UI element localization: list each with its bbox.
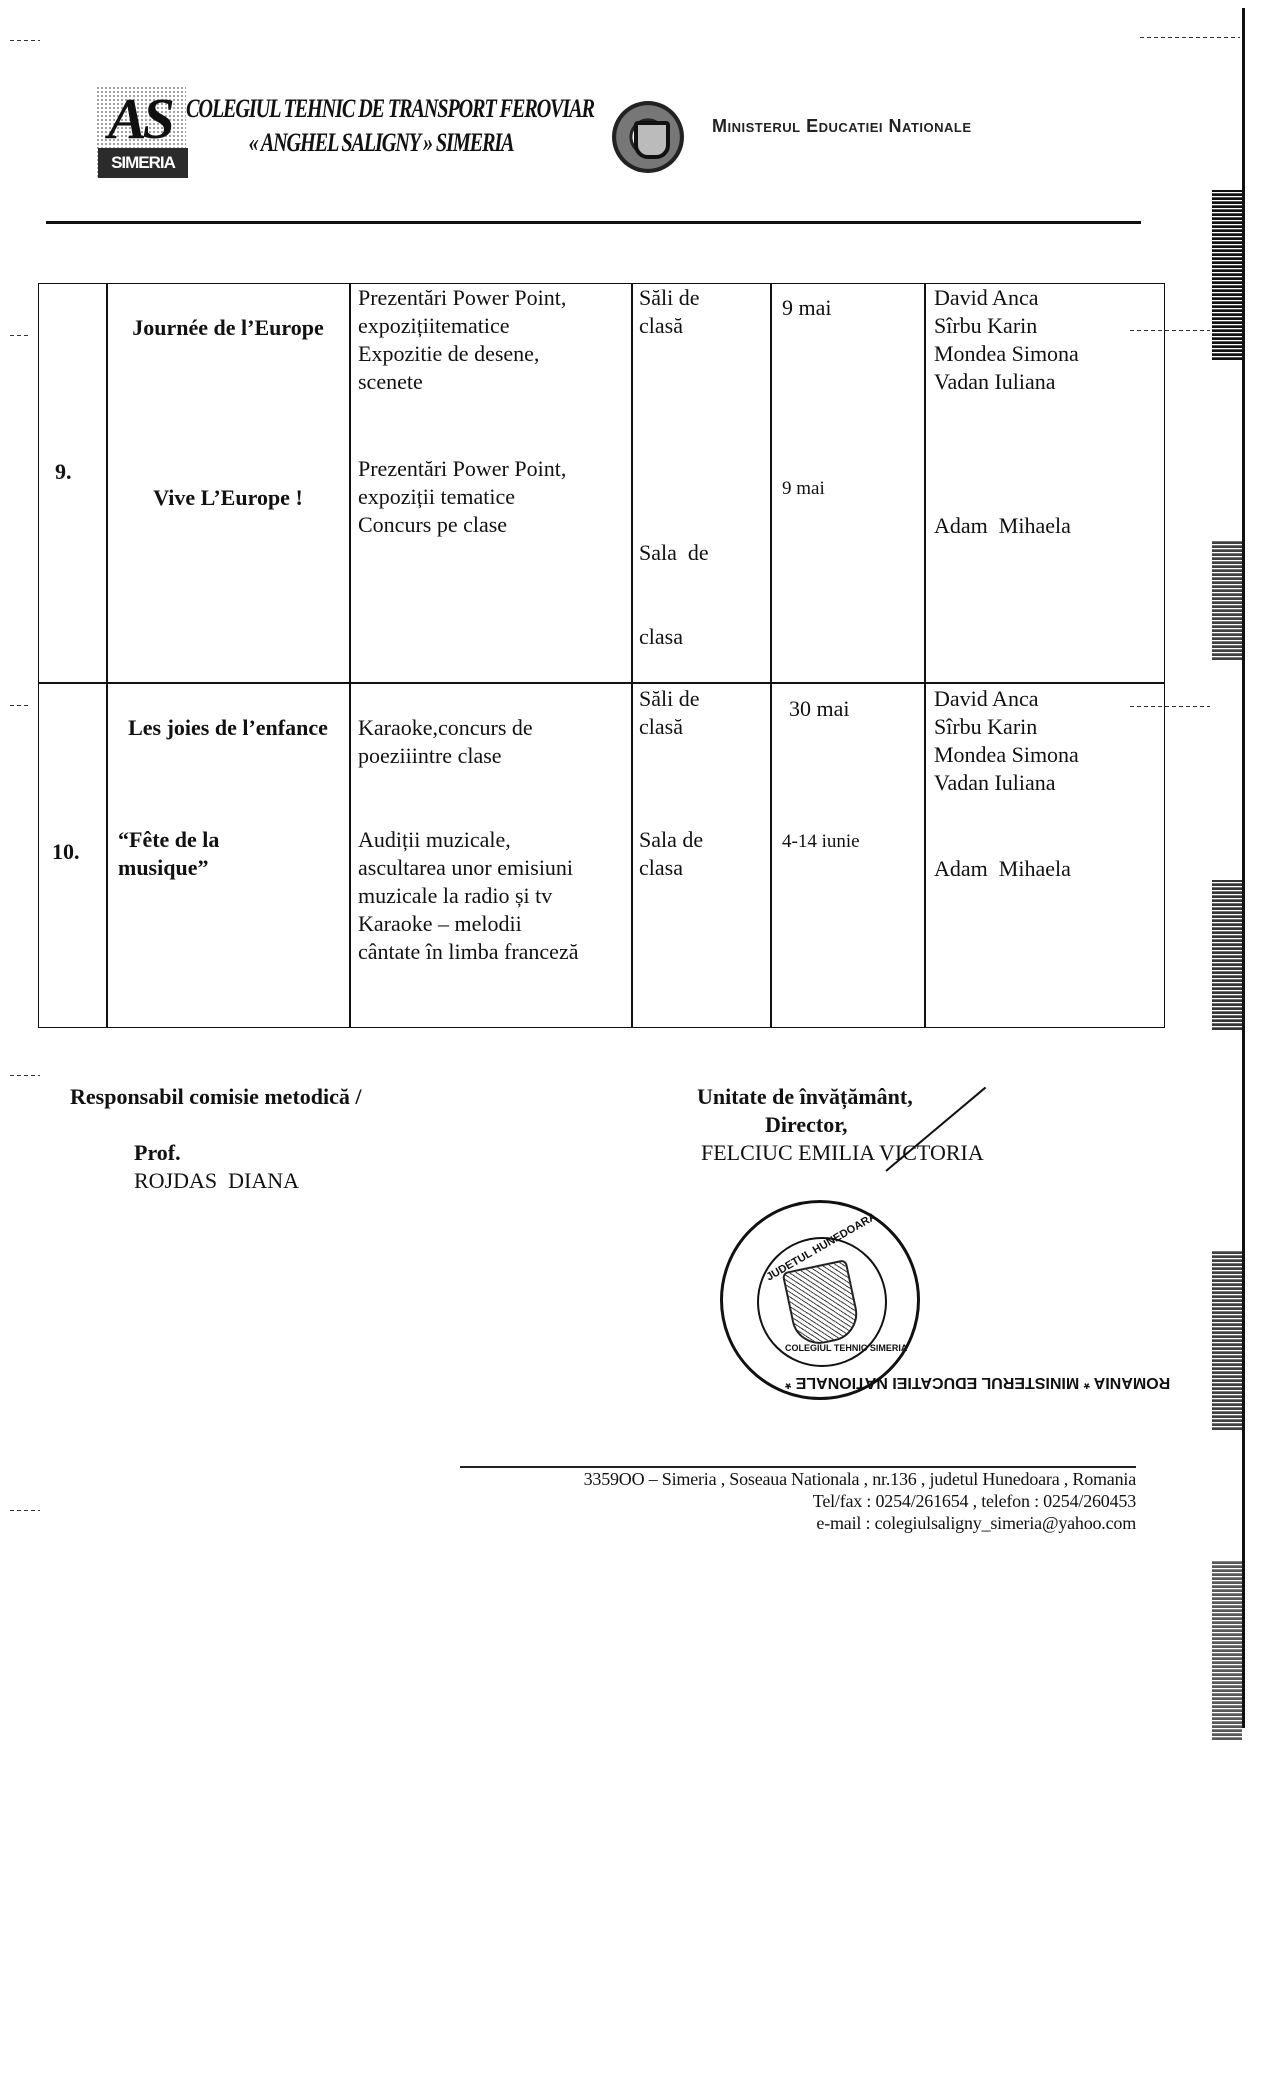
activity-line: muzicale la radio și tv xyxy=(358,882,628,910)
activity-title: Vive L’Europe ! xyxy=(108,484,348,512)
college-name-line1: COLEGIUL TEHNIC DE TRANSPORT FEROVIAR xyxy=(186,94,594,123)
scan-noise xyxy=(1212,190,1242,360)
responsible-person: Vadan Iuliana xyxy=(934,368,1079,396)
scan-noise xyxy=(1212,1560,1242,1740)
column-divider xyxy=(631,284,633,1027)
column-divider xyxy=(349,284,351,1027)
responsible-person: Mondea Simona xyxy=(934,340,1079,368)
responsible-person: Sîrbu Karin xyxy=(934,713,1079,741)
activity-line: Expozitie de desene, xyxy=(358,340,628,368)
activity-location: Sala de clasa xyxy=(639,483,709,707)
scan-noise xyxy=(1140,37,1240,38)
activity-line: scenete xyxy=(358,368,628,396)
activity-line: Prezentări Power Point, xyxy=(358,455,628,483)
activity-description: Audiții muzicale, ascultarea unor emisiu… xyxy=(358,826,628,966)
responsible-person: David Anca xyxy=(934,685,1079,713)
stamp-center-text: COLEGIUL TEHNIC SIMERIA xyxy=(785,1343,907,1353)
activity-description: Prezentări Power Point, expozițiitematic… xyxy=(358,284,628,396)
activity-date: 9 mai xyxy=(782,294,832,322)
responsible-person: Mondea Simona xyxy=(934,741,1079,769)
responsible-person: David Anca xyxy=(934,284,1079,312)
responsible-person: Vadan Iuliana xyxy=(934,769,1079,797)
activity-line: Prezentări Power Point, xyxy=(358,284,628,312)
row-number: 10. xyxy=(52,838,80,866)
activity-title: Les joies de l’enfance xyxy=(108,714,348,742)
ministry-name: Ministerul Educatiei Nationale xyxy=(712,116,972,137)
official-stamp: ROMANIA * MINISTERUL EDUCATIEI NATIONALE… xyxy=(720,1200,920,1400)
college-logo-city: SIMERIA xyxy=(98,148,188,178)
footer-phone: Tel/fax : 0254/261654 , telefon : 0254/2… xyxy=(584,1490,1136,1512)
location-line: Sala de xyxy=(639,539,709,567)
activity-line: expoziții tematice xyxy=(358,483,628,511)
scan-noise xyxy=(1212,1250,1242,1430)
scan-noise xyxy=(10,40,40,41)
activity-line: poeziiintre clase xyxy=(358,742,628,770)
activity-date: 9 mai xyxy=(782,475,825,503)
responsible-person: Sîrbu Karin xyxy=(934,312,1079,340)
activity-responsible: David Anca Sîrbu Karin Mondea Simona Vad… xyxy=(934,685,1079,797)
director-name: FELCIUC EMILIA VICTORIA xyxy=(697,1139,984,1167)
location-line: Săli de xyxy=(639,685,700,713)
activity-location: Sala de clasa xyxy=(639,826,703,882)
footer-address: 3359OO – Simeria , Soseaua Nationala , n… xyxy=(584,1468,1136,1490)
coat-of-arms-icon xyxy=(782,1259,863,1349)
activity-line: Concurs pe clase xyxy=(358,511,628,539)
activity-line: Karaoke,concurs de xyxy=(358,714,628,742)
row-divider xyxy=(39,682,1164,684)
activity-responsible: David Anca Sîrbu Karin Mondea Simona Vad… xyxy=(934,284,1079,396)
location-line: Săli de xyxy=(639,284,700,312)
scan-noise xyxy=(10,1510,40,1511)
scan-noise xyxy=(1212,540,1242,660)
scan-noise xyxy=(1212,880,1242,1030)
location-line: Sala de xyxy=(639,826,703,854)
activity-date: 4-14 iunie xyxy=(782,828,860,856)
footer-contact: 3359OO – Simeria , Soseaua Nationala , n… xyxy=(584,1468,1136,1534)
column-divider xyxy=(924,284,926,1027)
activity-line: Karaoke – melodii xyxy=(358,910,628,938)
activity-location: Săli de clasă xyxy=(639,284,700,340)
location-line: clasa xyxy=(639,854,703,882)
footer-email: e-mail : colegiulsaligny_simeria@yahoo.c… xyxy=(584,1512,1136,1534)
ministry-seal-icon xyxy=(612,101,684,173)
activity-responsible: Adam Mihaela xyxy=(934,855,1071,883)
activity-line: Audiții muzicale, xyxy=(358,826,628,854)
signatory-prefix: Prof. xyxy=(134,1140,181,1165)
column-divider xyxy=(106,284,108,1027)
scan-noise xyxy=(1130,330,1210,331)
college-name: COLEGIUL TEHNIC DE TRANSPORT FEROVIAR « … xyxy=(186,92,514,160)
activity-line: ascultarea unor emisiuni xyxy=(358,854,628,882)
methodical-commission-signature: Responsabil comisie metodică / Prof. ROJ… xyxy=(70,1083,362,1223)
activity-title: Journée de l’Europe xyxy=(108,314,348,342)
scan-noise xyxy=(10,1075,40,1076)
activity-title: “Fête de la musique” xyxy=(118,826,268,882)
activity-line: expozițiitematice xyxy=(358,312,628,340)
activity-location: Săli de clasă xyxy=(639,685,700,741)
activity-description: Karaoke,concurs de poeziiintre clase xyxy=(358,714,628,770)
scan-edge-line xyxy=(1242,8,1245,1728)
location-line: clasă xyxy=(639,713,700,741)
stamp-outer-text: ROMANIA * MINISTERUL EDUCATIEI NATIONALE… xyxy=(785,1373,1170,1391)
row-number: 9. xyxy=(55,458,72,486)
column-divider xyxy=(770,284,772,1027)
activity-description: Prezentări Power Point, expoziții temati… xyxy=(358,455,628,539)
location-line: clasă xyxy=(639,312,700,340)
signatory-name: ROJDAS DIANA xyxy=(134,1168,299,1193)
signatory-title: Responsabil comisie metodică / xyxy=(70,1083,362,1111)
activity-date: 30 mai xyxy=(789,695,850,723)
college-logo-letters: AS xyxy=(108,90,171,148)
header-divider xyxy=(46,221,1141,224)
college-name-line2: « ANGHEL SALIGNY » SIMERIA xyxy=(186,126,514,160)
institution-label: Unitate de învățământ, xyxy=(697,1083,984,1111)
scan-noise xyxy=(1130,706,1210,707)
location-line: clasa xyxy=(639,623,709,651)
scan-noise xyxy=(10,705,30,706)
activity-responsible: Adam Mihaela xyxy=(934,512,1071,540)
activity-line: cântate în limba franceză xyxy=(358,938,628,966)
scan-noise xyxy=(10,335,30,336)
